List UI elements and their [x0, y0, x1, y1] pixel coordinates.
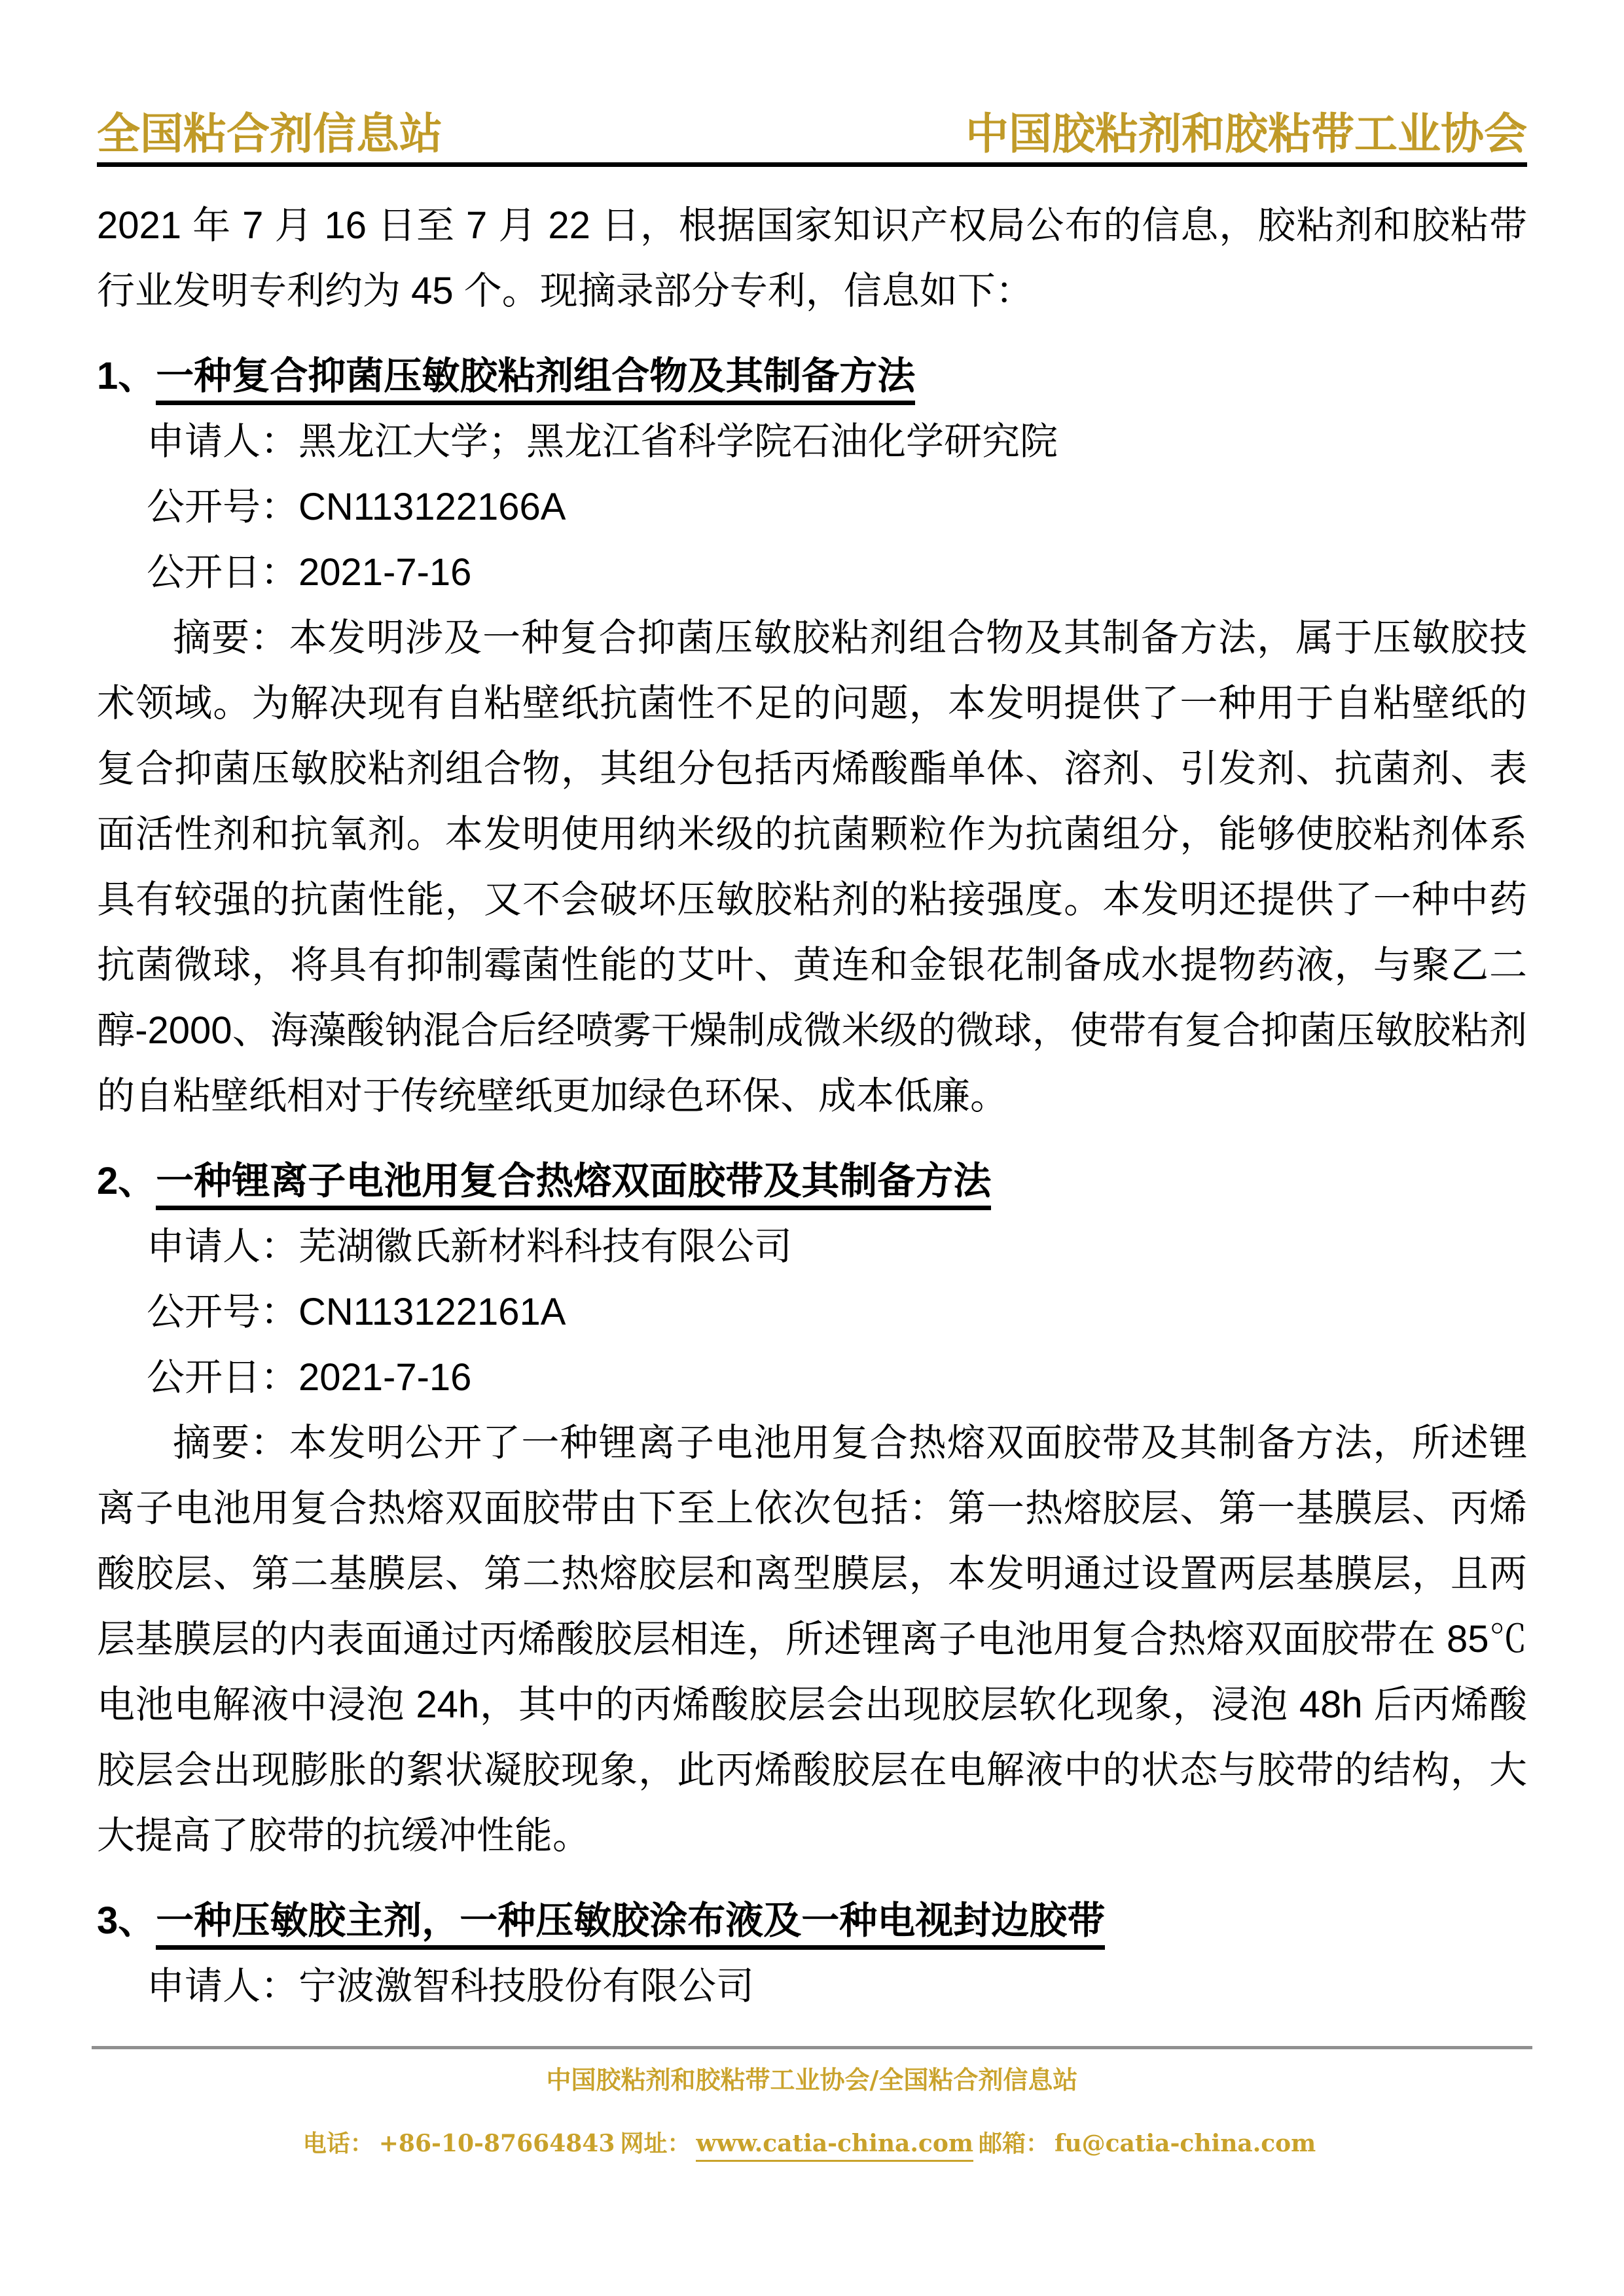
patent-section-2: 2、一种锂离子电池用复合热熔双面胶带及其制备方法 申请人：芜湖徽氏新材料科技有限…: [97, 1149, 1527, 1869]
patent-section-3: 3、一种压敏胶主剂，一种压敏胶涂布液及一种电视封边胶带 申请人：宁波激智科技股份…: [97, 1888, 1527, 2019]
patent-number: 2、: [97, 1149, 156, 1214]
page-footer: 中国胶粘剂和胶粘带工业协会/全国粘合剂信息站 电话：+86-10-8766484…: [92, 2046, 1532, 2158]
patent-number: 1、: [97, 344, 156, 409]
website-label: 网址：: [620, 2130, 691, 2157]
header-right-title: 中国胶粘剂和胶粘带工业协会: [965, 109, 1527, 158]
publication-date-label: 公开日：: [147, 1356, 298, 1399]
website-link[interactable]: www.catia-china.com: [696, 2130, 973, 2162]
publication-number-value: CN113122166A: [298, 486, 566, 528]
publication-number-row: 公开号：CN113122161A: [97, 1280, 1527, 1345]
page-content: 全国粘合剂信息站 中国胶粘剂和胶粘带工业协会 2021 年 7 月 16 日至 …: [0, 0, 1624, 2019]
publication-number-row: 公开号：CN113122166A: [97, 475, 1527, 540]
publication-date-value: 2021-7-16: [298, 551, 471, 594]
phone-label: 电话：: [303, 2130, 374, 2157]
page-header: 全国粘合剂信息站 中国胶粘剂和胶粘带工业协会: [97, 109, 1527, 167]
publication-date-row: 公开日：2021-7-16: [97, 1345, 1527, 1410]
applicant-label: 申请人：: [147, 420, 298, 463]
applicant-row: 申请人：宁波激智科技股份有限公司: [97, 1954, 1527, 2019]
abstract-paragraph: 摘要：本发明涉及一种复合抑菌压敏胶粘剂组合物及其制备方法，属于压敏胶技术领域。为…: [97, 605, 1527, 1129]
publication-number-value: CN113122161A: [298, 1291, 566, 1333]
header-left-title: 全国粘合剂信息站: [97, 109, 442, 158]
publication-number-label: 公开号：: [147, 486, 298, 528]
patent-title-text: 一种复合抑菌压敏胶粘剂组合物及其制备方法: [156, 355, 915, 405]
footer-organization-line: 中国胶粘剂和胶粘带工业协会/全国粘合剂信息站: [92, 2065, 1532, 2095]
patent-title: 1、一种复合抑菌压敏胶粘剂组合物及其制备方法: [97, 344, 1527, 409]
footer-contact-line: 电话：+86-10-87664843网址：www.catia-china.com…: [92, 2129, 1532, 2158]
patent-title: 3、一种压敏胶主剂，一种压敏胶涂布液及一种电视封边胶带: [97, 1888, 1527, 1954]
applicant-label: 申请人：: [147, 1225, 298, 1268]
patent-number: 3、: [97, 1888, 156, 1954]
publication-number-label: 公开号：: [147, 1291, 298, 1333]
patent-title-text: 一种锂离子电池用复合热熔双面胶带及其制备方法: [156, 1160, 991, 1210]
applicant-row: 申请人：黑龙江大学；黑龙江省科学院石油化学研究院: [97, 409, 1527, 475]
applicant-value: 黑龙江大学；黑龙江省科学院石油化学研究院: [298, 420, 1058, 463]
document-page: 全国粘合剂信息站 中国胶粘剂和胶粘带工业协会 2021 年 7 月 16 日至 …: [0, 0, 1624, 2296]
footer-divider: [92, 2046, 1532, 2049]
phone-value: +86-10-87664843: [379, 2130, 615, 2157]
patent-title-text: 一种压敏胶主剂，一种压敏胶涂布液及一种电视封边胶带: [156, 1899, 1105, 1950]
email-label: 邮箱：: [979, 2130, 1049, 2157]
email-value: fu@catia-china.com: [1055, 2130, 1316, 2157]
publication-date-label: 公开日：: [147, 551, 298, 594]
publication-date-row: 公开日：2021-7-16: [97, 540, 1527, 605]
publication-date-value: 2021-7-16: [298, 1356, 471, 1399]
abstract-paragraph: 摘要：本发明公开了一种锂离子电池用复合热熔双面胶带及其制备方法，所述锂离子电池用…: [97, 1410, 1527, 1869]
applicant-value: 芜湖徽氏新材料科技有限公司: [298, 1225, 792, 1268]
applicant-value: 宁波激智科技股份有限公司: [298, 1965, 754, 2007]
patent-section-1: 1、一种复合抑菌压敏胶粘剂组合物及其制备方法 申请人：黑龙江大学；黑龙江省科学院…: [97, 344, 1527, 1129]
intro-paragraph: 2021 年 7 月 16 日至 7 月 22 日，根据国家知识产权局公布的信息…: [97, 193, 1527, 324]
applicant-row: 申请人：芜湖徽氏新材料科技有限公司: [97, 1214, 1527, 1280]
applicant-label: 申请人：: [147, 1965, 298, 2007]
patent-title: 2、一种锂离子电池用复合热熔双面胶带及其制备方法: [97, 1149, 1527, 1214]
